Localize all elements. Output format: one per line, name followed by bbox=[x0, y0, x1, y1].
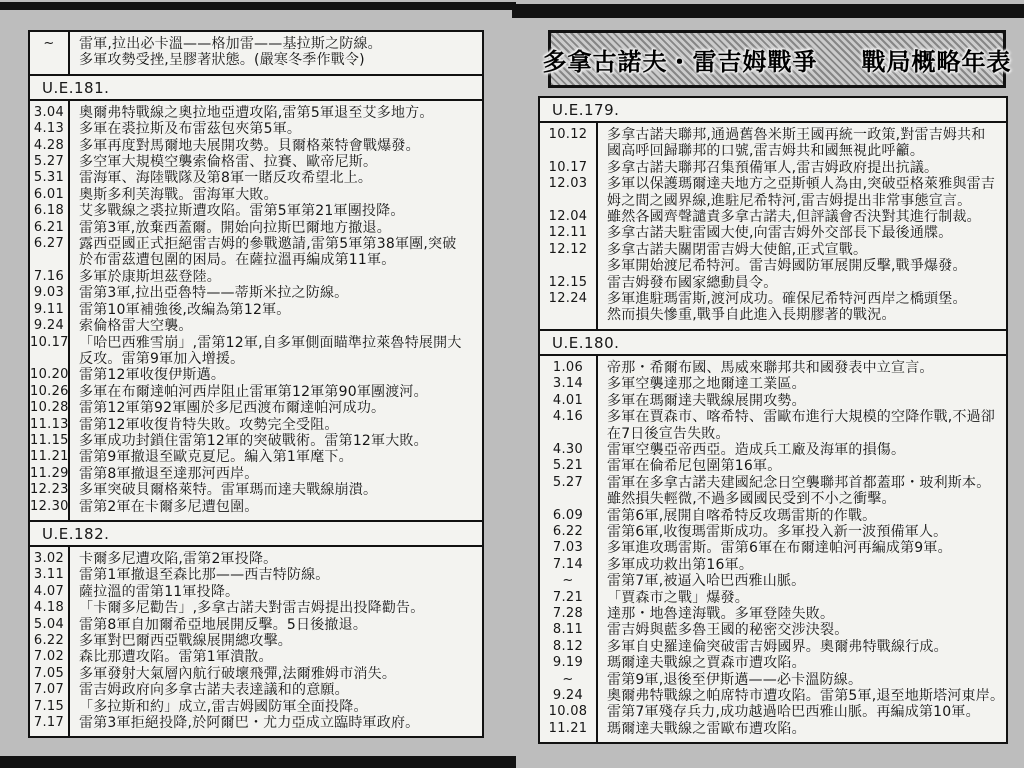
entry-date: 8.11 bbox=[540, 622, 598, 638]
entry-date: 7.02 bbox=[30, 649, 70, 665]
entry-date: 7.28 bbox=[540, 606, 598, 622]
entry-date: 6.18 bbox=[30, 203, 70, 219]
entry-date: 12.24 bbox=[540, 291, 598, 329]
era-header: U.E.180. bbox=[540, 331, 1006, 356]
entry-date: 4.28 bbox=[30, 138, 70, 154]
entry-text: 多軍以保護瑪爾達夫地方之亞斯頓人為由,突破亞格萊雅與雷吉 姆之間之國界線,進駐尼… bbox=[598, 176, 1006, 209]
scan-edge-bottom-left bbox=[0, 756, 516, 768]
entry-date: 4.01 bbox=[540, 393, 598, 409]
entry-date: 5.21 bbox=[540, 458, 598, 474]
chronology-entry: 9.03雷第3軍,拉出亞魯特——蒂斯米拉之防線。 bbox=[30, 285, 482, 301]
entry-text: 雷海軍、海陸戰隊及第8軍一賭反攻希望北上。 bbox=[70, 170, 482, 186]
chronology-entry: 11.15多軍成功封鎖住雷第12軍的突破戰術。雷第12軍大敗。 bbox=[30, 433, 482, 449]
title-war-name: 多拿古諾夫・雷吉姆戰爭 bbox=[543, 48, 818, 76]
entry-date: 10.28 bbox=[30, 400, 70, 416]
entry-text: 多拿古諾夫聯邦召集預備軍人,雷吉姆政府提出抗議。 bbox=[598, 160, 1006, 176]
chronology-entry: 8.11雷吉姆與藍多魯王國的秘密交涉決裂。 bbox=[540, 622, 1006, 638]
entry-date: 10.12 bbox=[540, 123, 598, 160]
chronology-entry: 10.12多拿古諾夫聯邦,通過舊魯米斯王國再統一政策,對雷吉姆共和 國高呼回歸聯… bbox=[540, 123, 1006, 160]
chronology-entry: 4.07薩拉溫的雷第11軍投降。 bbox=[30, 584, 482, 600]
entry-text: 雷第6軍,收復瑪雷斯成功。多軍投入新一波預備軍人。 bbox=[598, 524, 1006, 540]
chronology-entry: ~雷第7軍,被逼入哈巴西雅山脈。 bbox=[540, 573, 1006, 589]
era-entries: 1.06帝那・希爾布國、馬威來聯邦共和國發表中立宣言。3.14多軍空襲達那之地爾… bbox=[540, 356, 1006, 742]
title-banner: 多拿古諾夫・雷吉姆戰爭戰局概略年表 bbox=[548, 30, 1006, 88]
chronology-entry: 7.28達那・地魯達海戰。多軍登陸失敗。 bbox=[540, 606, 1006, 622]
entry-text: 露西亞國正式拒絕雷吉姆的參戰邀請,雷第5軍第38軍團,突破 於布雷茲遭包圍的困局… bbox=[70, 236, 482, 269]
chronology-entry: 6.21雷第3軍,放棄西蓋爾。開始向拉斯巴爾地方撤退。 bbox=[30, 220, 482, 236]
era-section: U.E.182.3.02卡爾多尼遭攻陷,雷第2軍投降。3.11雷第1軍撤退至森比… bbox=[30, 520, 482, 736]
chronology-entry: 4.18「卡爾多尼勸告」,多拿古諾夫對雷吉姆提出投降勸告。 bbox=[30, 600, 482, 616]
era-entries: 3.02卡爾多尼遭攻陷,雷第2軍投降。3.11雷第1軍撤退至森比那——西吉特防線… bbox=[30, 547, 482, 736]
chronology-entry: 5.27多空軍大規模空襲索倫格雷、拉賽、歐帝尼斯。 bbox=[30, 154, 482, 170]
chronology-entry: 5.27雷軍在多拿古諾夫建國紀念日空襲聯邦首都蓋耶・玻利斯本。 雖然損失輕微,不… bbox=[540, 475, 1006, 508]
entry-date: 7.21 bbox=[540, 590, 598, 606]
entry-text: 雷軍在多拿古諾夫建國紀念日空襲聯邦首都蓋耶・玻利斯本。 雖然損失輕微,不過多國國… bbox=[598, 475, 1006, 508]
entry-text: 雷吉姆政府向多拿古諾夫表達議和的意願。 bbox=[70, 682, 482, 698]
chronology-entry: 6.09雷第6軍,展開自喀希特反攻瑪雷斯的作戰。 bbox=[540, 508, 1006, 524]
entry-text: 雷第12軍收復肯特失敗。攻勢完全受阻。 bbox=[70, 417, 482, 433]
entry-date: 3.11 bbox=[30, 567, 70, 583]
entry-date: 7.16 bbox=[30, 269, 70, 285]
entry-text: 艾多戰線之裘拉斯遭攻陷。雷第5軍第21軍團投降。 bbox=[70, 203, 482, 219]
entry-text: 多空軍大規模空襲索倫格雷、拉賽、歐帝尼斯。 bbox=[70, 154, 482, 170]
entry-text: 多軍在裘拉斯及布雷茲包夾第5軍。 bbox=[70, 121, 482, 137]
entry-date: 4.16 bbox=[540, 409, 598, 442]
entry-text: 多軍成功救出第16軍。 bbox=[598, 557, 1006, 573]
chronology-entry: 10.26多軍在布爾達帕河西岸阻止雷軍第12軍第90軍團渡河。 bbox=[30, 384, 482, 400]
scan-edge-top-left bbox=[0, 2, 516, 10]
entry-date: 7.14 bbox=[540, 557, 598, 573]
chronology-entry: 12.03多軍以保護瑪爾達夫地方之亞斯頓人為由,突破亞格萊雅與雷吉 姆之間之國界… bbox=[540, 176, 1006, 209]
entry-text: 卡爾多尼遭攻陷,雷第2軍投降。 bbox=[70, 547, 482, 567]
chronology-entry: 12.30雷第2軍在卡爾多尼遭包圍。 bbox=[30, 499, 482, 520]
entry-text: 雷第9軍,退後至伊斯邁——必卡溫防線。 bbox=[598, 672, 1006, 688]
entry-text: 雷第3軍,放棄西蓋爾。開始向拉斯巴爾地方撤退。 bbox=[70, 220, 482, 236]
chronology-entry: 6.22多軍對巴爾西亞戰線展開總攻擊。 bbox=[30, 633, 482, 649]
entry-text: 雷軍,拉出必卡溫——格加雷——基拉斯之防線。 多軍攻勢受挫,呈膠著狀態。(嚴寒冬… bbox=[70, 32, 482, 74]
entry-date: 4.07 bbox=[30, 584, 70, 600]
chronology-entry: 7.17雷第3軍拒絕投降,於阿爾巴・尤力亞成立臨時軍政府。 bbox=[30, 715, 482, 736]
chronology-entry: 11.13雷第12軍收復肯特失敗。攻勢完全受阻。 bbox=[30, 417, 482, 433]
entry-text: 帝那・希爾布國、馬威來聯邦共和國發表中立宣言。 bbox=[598, 356, 1006, 376]
entry-text: 雷第12軍收復伊斯邁。 bbox=[70, 367, 482, 383]
entry-date: 12.12 bbox=[540, 242, 598, 275]
entry-date: 9.11 bbox=[30, 302, 70, 318]
chronology-entry: 12.04雖然各國齊聲譴責多拿古諾夫,但評議會否決對其進行制裁。 bbox=[540, 209, 1006, 225]
entry-date: 8.12 bbox=[540, 639, 598, 655]
chronology-entry: 7.05多軍發射大氣層內航行破壞飛彈,法爾雅姆市消失。 bbox=[30, 666, 482, 682]
chronology-entry: 12.12多拿古諾夫關閉雷吉姆大使館,正式宣戰。 多軍開始渡尼希特河。雷吉姆國防… bbox=[540, 242, 1006, 275]
entry-date: 6.09 bbox=[540, 508, 598, 524]
chronology-entry: 10.17「哈巴西雅雪崩」,雷第12軍,自多軍側面瞄準拉萊魯特展開大 反攻。雷第… bbox=[30, 335, 482, 368]
entry-text: 雷軍在倫希尼包圍第16軍。 bbox=[598, 458, 1006, 474]
entry-date: 5.31 bbox=[30, 170, 70, 186]
chronology-entry: 7.15「多拉斯和約」成立,雷吉姆國防軍全面投降。 bbox=[30, 699, 482, 715]
title-chart-name: 戰局概略年表 bbox=[862, 48, 1012, 76]
chronology-entry: 9.24索倫格雷大空襲。 bbox=[30, 318, 482, 334]
entry-date: 4.13 bbox=[30, 121, 70, 137]
entry-date: 11.21 bbox=[30, 449, 70, 465]
chronology-entry: 8.12多軍自史羅達倫突破雷吉姆國界。奧爾弗特戰線行成。 bbox=[540, 639, 1006, 655]
entry-date: 9.19 bbox=[540, 655, 598, 671]
chronology-entry: 4.16多軍在賈森市、喀希特、雷歐布進行大規模的空降作戰,不過卻 在7日後宣告失… bbox=[540, 409, 1006, 442]
entry-text: 多軍發射大氣層內航行破壞飛彈,法爾雅姆市消失。 bbox=[70, 666, 482, 682]
chronology-entry: 7.16多軍於康斯坦茲登陸。 bbox=[30, 269, 482, 285]
entry-date: 12.15 bbox=[540, 275, 598, 291]
entry-date: 10.17 bbox=[30, 335, 70, 368]
entry-date: 3.04 bbox=[30, 101, 70, 121]
chronology-entry: 7.02森比那遭攻陷。雷第1軍潰散。 bbox=[30, 649, 482, 665]
entry-date: 11.21 bbox=[540, 721, 598, 742]
entry-date: 9.24 bbox=[540, 688, 598, 704]
entry-text: 多軍在賈森市、喀希特、雷歐布進行大規模的空降作戰,不過卻 在7日後宣告失敗。 bbox=[598, 409, 1006, 442]
chronology-entry: 4.13多軍在裘拉斯及布雷茲包夾第5軍。 bbox=[30, 121, 482, 137]
entry-date: 3.14 bbox=[540, 376, 598, 392]
chronology-entry: 10.20雷第12軍收復伊斯邁。 bbox=[30, 367, 482, 383]
chronology-entry: 4.01多軍在瑪爾達夫戰線展開攻勢。 bbox=[540, 393, 1006, 409]
chronology-entry: 10.17多拿古諾夫聯邦召集預備軍人,雷吉姆政府提出抗議。 bbox=[540, 160, 1006, 176]
entry-text: 索倫格雷大空襲。 bbox=[70, 318, 482, 334]
era-header: U.E.181. bbox=[30, 76, 482, 101]
entry-text: 雷吉姆發布國家總動員令。 bbox=[598, 275, 1006, 291]
chronology-entry: 7.21「賈森市之戰」爆發。 bbox=[540, 590, 1006, 606]
entry-text: 雷第3軍拒絕投降,於阿爾巴・尤力亞成立臨時軍政府。 bbox=[70, 715, 482, 736]
entry-date: 10.20 bbox=[30, 367, 70, 383]
chronology-entry: ~雷軍,拉出必卡溫——格加雷——基拉斯之防線。 多軍攻勢受挫,呈膠著狀態。(嚴寒… bbox=[30, 32, 482, 74]
entry-date: 7.17 bbox=[30, 715, 70, 736]
entry-text: 「多拉斯和約」成立,雷吉姆國防軍全面投降。 bbox=[70, 699, 482, 715]
entry-date: 10.08 bbox=[540, 704, 598, 720]
entry-date: 9.24 bbox=[30, 318, 70, 334]
era-entries: ~雷軍,拉出必卡溫——格加雷——基拉斯之防線。 多軍攻勢受挫,呈膠著狀態。(嚴寒… bbox=[30, 32, 482, 74]
scanned-book-spread: ~雷軍,拉出必卡溫——格加雷——基拉斯之防線。 多軍攻勢受挫,呈膠著狀態。(嚴寒… bbox=[0, 0, 1024, 768]
chronology-entry: 5.04雷第8軍自加爾希亞地展開反擊。5日後撤退。 bbox=[30, 617, 482, 633]
chronology-entry: 11.21雷第9軍撤退至歐克夏尼。編入第1軍麾下。 bbox=[30, 449, 482, 465]
entry-text: 雷第1軍撤退至森比那——西吉特防線。 bbox=[70, 567, 482, 583]
entry-date: 1.06 bbox=[540, 356, 598, 376]
era-section: ~雷軍,拉出必卡溫——格加雷——基拉斯之防線。 多軍攻勢受挫,呈膠著狀態。(嚴寒… bbox=[30, 32, 482, 74]
entry-text: 多軍再度對馬爾地夫展開攻勢。貝爾格萊特會戰爆發。 bbox=[70, 138, 482, 154]
entry-date: 7.03 bbox=[540, 540, 598, 556]
entry-text: 瑪爾達夫戰線之雷歐布遭攻陷。 bbox=[598, 721, 1006, 742]
entry-text: 雷第8軍自加爾希亞地展開反擊。5日後撤退。 bbox=[70, 617, 482, 633]
entry-text: 瑪爾達夫戰線之賈森市遭攻陷。 bbox=[598, 655, 1006, 671]
chronology-entry: 9.19瑪爾達夫戰線之賈森市遭攻陷。 bbox=[540, 655, 1006, 671]
chronology-entry: ~雷第9軍,退後至伊斯邁——必卡溫防線。 bbox=[540, 672, 1006, 688]
entry-date: ~ bbox=[540, 672, 598, 688]
entry-text: 多拿古諾夫駐雷國大使,向雷吉姆外交部長下最後通牒。 bbox=[598, 225, 1006, 241]
entry-date: 12.11 bbox=[540, 225, 598, 241]
entry-text: 多軍於康斯坦茲登陸。 bbox=[70, 269, 482, 285]
entry-text: 多軍空襲達那之地爾達工業區。 bbox=[598, 376, 1006, 392]
entry-text: 森比那遭攻陷。雷第1軍潰散。 bbox=[70, 649, 482, 665]
entry-date: 3.02 bbox=[30, 547, 70, 567]
entry-date: 5.27 bbox=[540, 475, 598, 508]
era-entries: 10.12多拿古諾夫聯邦,通過舊魯米斯王國再統一政策,對雷吉姆共和 國高呼回歸聯… bbox=[540, 123, 1006, 329]
chronology-entry: 4.30雷軍空襲亞帝西亞。造成兵工廠及海軍的損傷。 bbox=[540, 442, 1006, 458]
entry-text: 多軍進駐瑪雷斯,渡河成功。確保尼希特河西岸之橋頭堡。 然而損失慘重,戰爭自此進入… bbox=[598, 291, 1006, 329]
entry-text: 「賈森市之戰」爆發。 bbox=[598, 590, 1006, 606]
entry-text: 雖然各國齊聲譴責多拿古諾夫,但評議會否決對其進行制裁。 bbox=[598, 209, 1006, 225]
entry-text: 多軍成功封鎖住雷第12軍的突破戰術。雷第12軍大敗。 bbox=[70, 433, 482, 449]
entry-date: 12.03 bbox=[540, 176, 598, 209]
entry-text: 多拿古諾夫聯邦,通過舊魯米斯王國再統一政策,對雷吉姆共和 國高呼回歸聯邦的口號,… bbox=[598, 123, 1006, 160]
era-section: U.E.181.3.04奧爾弗特戰線之奧拉地亞遭攻陷,雷第5軍退至艾多地方。4.… bbox=[30, 74, 482, 520]
chronology-entry: 5.31雷海軍、海陸戰隊及第8軍一賭反攻希望北上。 bbox=[30, 170, 482, 186]
chronology-entry: 4.28多軍再度對馬爾地夫展開攻勢。貝爾格萊特會戰爆發。 bbox=[30, 138, 482, 154]
entry-date: 9.03 bbox=[30, 285, 70, 301]
entry-text: 達那・地魯達海戰。多軍登陸失敗。 bbox=[598, 606, 1006, 622]
right-page-chronology-table: U.E.179.10.12多拿古諾夫聯邦,通過舊魯米斯王國再統一政策,對雷吉姆共… bbox=[538, 96, 1008, 744]
entry-date: 12.23 bbox=[30, 482, 70, 498]
entry-date: 4.18 bbox=[30, 600, 70, 616]
entry-date: 7.15 bbox=[30, 699, 70, 715]
entry-text: 多軍進攻瑪雷斯。雷第6軍在布爾達帕河再編成第9軍。 bbox=[598, 540, 1006, 556]
era-header: U.E.179. bbox=[540, 98, 1006, 123]
chronology-entry: 10.08雷第7軍殘存兵力,成功越過哈巴西雅山脈。再編成第10軍。 bbox=[540, 704, 1006, 720]
entry-date: 12.30 bbox=[30, 499, 70, 520]
chronology-entry: 3.14多軍空襲達那之地爾達工業區。 bbox=[540, 376, 1006, 392]
chronology-entry: 9.24奧爾弗特戰線之帕席特市遭攻陷。雷第5軍,退至地斯塔河東岸。 bbox=[540, 688, 1006, 704]
chronology-entry: 12.15雷吉姆發布國家總動員令。 bbox=[540, 275, 1006, 291]
entry-text: 薩拉溫的雷第11軍投降。 bbox=[70, 584, 482, 600]
chronology-entry: 9.11雷第10軍補強後,改編為第12軍。 bbox=[30, 302, 482, 318]
entry-text: 雷第9軍撤退至歐克夏尼。編入第1軍麾下。 bbox=[70, 449, 482, 465]
era-entries: 3.04奧爾弗特戰線之奧拉地亞遭攻陷,雷第5軍退至艾多地方。4.13多軍在裘拉斯… bbox=[30, 101, 482, 520]
entry-date: ~ bbox=[540, 573, 598, 589]
entry-text: 雷第10軍補強後,改編為第12軍。 bbox=[70, 302, 482, 318]
era-header: U.E.182. bbox=[30, 522, 482, 547]
entry-text: 雷第7軍,被逼入哈巴西雅山脈。 bbox=[598, 573, 1006, 589]
entry-date: 6.01 bbox=[30, 187, 70, 203]
entry-text: 雷第3軍,拉出亞魯特——蒂斯米拉之防線。 bbox=[70, 285, 482, 301]
chronology-entry: 3.04奧爾弗特戰線之奧拉地亞遭攻陷,雷第5軍退至艾多地方。 bbox=[30, 101, 482, 121]
chronology-entry: 12.24多軍進駐瑪雷斯,渡河成功。確保尼希特河西岸之橋頭堡。 然而損失慘重,戰… bbox=[540, 291, 1006, 329]
chronology-entry: 6.01奧斯多利芙海戰。雷海軍大敗。 bbox=[30, 187, 482, 203]
entry-text: 多軍突破貝爾格萊特。雷軍瑪而達夫戰線崩潰。 bbox=[70, 482, 482, 498]
chronology-entry: 7.07雷吉姆政府向多拿古諾夫表達議和的意願。 bbox=[30, 682, 482, 698]
entry-date: 10.17 bbox=[540, 160, 598, 176]
chronology-entry: 7.14多軍成功救出第16軍。 bbox=[540, 557, 1006, 573]
entry-date: 6.27 bbox=[30, 236, 70, 269]
entry-date: 6.21 bbox=[30, 220, 70, 236]
entry-text: 「卡爾多尼勸告」,多拿古諾夫對雷吉姆提出投降勸告。 bbox=[70, 600, 482, 616]
chronology-entry: 12.11多拿古諾夫駐雷國大使,向雷吉姆外交部長下最後通牒。 bbox=[540, 225, 1006, 241]
entry-date: 6.22 bbox=[540, 524, 598, 540]
chronology-entry: 6.18艾多戰線之裘拉斯遭攻陷。雷第5軍第21軍團投降。 bbox=[30, 203, 482, 219]
scan-edge-top-right bbox=[512, 4, 1024, 18]
entry-date: 7.05 bbox=[30, 666, 70, 682]
page-title: 多拿古諾夫・雷吉姆戰爭戰局概略年表 bbox=[543, 42, 1012, 77]
entry-text: 雷第2軍在卡爾多尼遭包圍。 bbox=[70, 499, 482, 520]
entry-date: 11.13 bbox=[30, 417, 70, 433]
entry-text: 多軍在布爾達帕河西岸阻止雷軍第12軍第90軍團渡河。 bbox=[70, 384, 482, 400]
entry-text: 多拿古諾夫關閉雷吉姆大使館,正式宣戰。 多軍開始渡尼希特河。雷吉姆國防軍展開反擊… bbox=[598, 242, 1006, 275]
entry-date: ~ bbox=[30, 32, 70, 74]
chronology-entry: 3.02卡爾多尼遭攻陷,雷第2軍投降。 bbox=[30, 547, 482, 567]
entry-text: 奧爾弗特戰線之奧拉地亞遭攻陷,雷第5軍退至艾多地方。 bbox=[70, 101, 482, 121]
entry-date: 11.29 bbox=[30, 466, 70, 482]
left-page-chronology-table: ~雷軍,拉出必卡溫——格加雷——基拉斯之防線。 多軍攻勢受挫,呈膠著狀態。(嚴寒… bbox=[28, 30, 484, 738]
chronology-entry: 6.27露西亞國正式拒絕雷吉姆的參戰邀請,雷第5軍第38軍團,突破 於布雷茲遭包… bbox=[30, 236, 482, 269]
chronology-entry: 3.11雷第1軍撤退至森比那——西吉特防線。 bbox=[30, 567, 482, 583]
entry-date: 5.27 bbox=[30, 154, 70, 170]
entry-text: 雷第6軍,展開自喀希特反攻瑪雷斯的作戰。 bbox=[598, 508, 1006, 524]
chronology-entry: 7.03多軍進攻瑪雷斯。雷第6軍在布爾達帕河再編成第9軍。 bbox=[540, 540, 1006, 556]
entry-text: 多軍自史羅達倫突破雷吉姆國界。奧爾弗特戰線行成。 bbox=[598, 639, 1006, 655]
entry-text: 奧爾弗特戰線之帕席特市遭攻陷。雷第5軍,退至地斯塔河東岸。 bbox=[598, 688, 1006, 704]
entry-date: 7.07 bbox=[30, 682, 70, 698]
entry-text: 「哈巴西雅雪崩」,雷第12軍,自多軍側面瞄準拉萊魯特展開大 反攻。雷第9軍加入增… bbox=[70, 335, 482, 368]
entry-date: 5.04 bbox=[30, 617, 70, 633]
entry-text: 雷軍空襲亞帝西亞。造成兵工廠及海軍的損傷。 bbox=[598, 442, 1006, 458]
entry-date: 10.26 bbox=[30, 384, 70, 400]
entry-text: 多軍在瑪爾達夫戰線展開攻勢。 bbox=[598, 393, 1006, 409]
chronology-entry: 12.23多軍突破貝爾格萊特。雷軍瑪而達夫戰線崩潰。 bbox=[30, 482, 482, 498]
chronology-entry: 11.29雷第8軍撤退至達那河西岸。 bbox=[30, 466, 482, 482]
entry-text: 奧斯多利芙海戰。雷海軍大敗。 bbox=[70, 187, 482, 203]
chronology-entry: 10.28雷第12軍第92軍團於多尼西渡布爾達帕河成功。 bbox=[30, 400, 482, 416]
entry-text: 雷吉姆與藍多魯王國的秘密交涉決裂。 bbox=[598, 622, 1006, 638]
chronology-entry: 5.21雷軍在倫希尼包圍第16軍。 bbox=[540, 458, 1006, 474]
chronology-entry: 11.21瑪爾達夫戰線之雷歐布遭攻陷。 bbox=[540, 721, 1006, 742]
entry-text: 雷第7軍殘存兵力,成功越過哈巴西雅山脈。再編成第10軍。 bbox=[598, 704, 1006, 720]
entry-date: 12.04 bbox=[540, 209, 598, 225]
entry-text: 雷第8軍撤退至達那河西岸。 bbox=[70, 466, 482, 482]
chronology-entry: 6.22雷第6軍,收復瑪雷斯成功。多軍投入新一波預備軍人。 bbox=[540, 524, 1006, 540]
era-section: U.E.179.10.12多拿古諾夫聯邦,通過舊魯米斯王國再統一政策,對雷吉姆共… bbox=[540, 98, 1006, 329]
entry-date: 11.15 bbox=[30, 433, 70, 449]
era-section: U.E.180.1.06帝那・希爾布國、馬威來聯邦共和國發表中立宣言。3.14多… bbox=[540, 329, 1006, 742]
entry-text: 雷第12軍第92軍團於多尼西渡布爾達帕河成功。 bbox=[70, 400, 482, 416]
entry-date: 6.22 bbox=[30, 633, 70, 649]
entry-date: 4.30 bbox=[540, 442, 598, 458]
entry-text: 多軍對巴爾西亞戰線展開總攻擊。 bbox=[70, 633, 482, 649]
chronology-entry: 1.06帝那・希爾布國、馬威來聯邦共和國發表中立宣言。 bbox=[540, 356, 1006, 376]
